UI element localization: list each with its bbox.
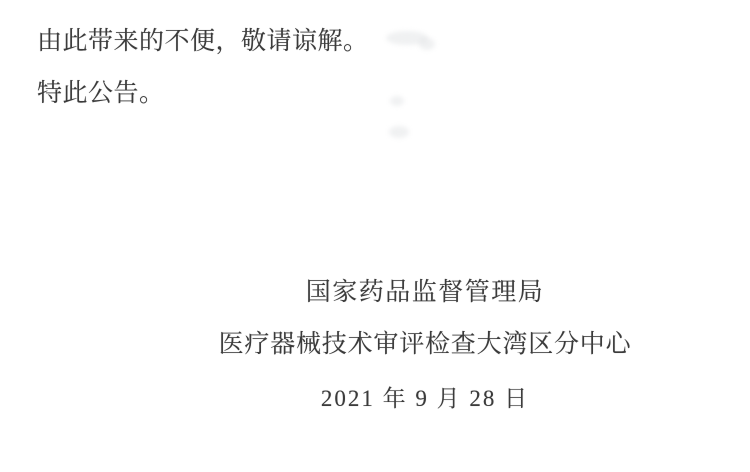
- scan-smudge: [389, 126, 409, 138]
- signature-org-line-1: 国家药品监督管理局: [185, 279, 665, 307]
- body-text-line-2: 特此公告。: [37, 79, 165, 109]
- body-text-line-1: 由此带来的不便，敬请谅解。: [37, 27, 369, 57]
- scan-smudge: [419, 38, 435, 50]
- scan-smudge: [390, 96, 404, 106]
- signature-org-line-2: 医疗器械技术审评检查大湾区分中心: [185, 331, 665, 359]
- document-page: 由此带来的不便，敬请谅解。 特此公告。 国家药品监督管理局 医疗器械技术审评检查…: [0, 0, 750, 472]
- signature-block: 国家药品监督管理局 医疗器械技术审评检查大湾区分中心 2021 年 9 月 28…: [185, 279, 665, 419]
- signature-date: 2021 年 9 月 28 日: [185, 385, 665, 413]
